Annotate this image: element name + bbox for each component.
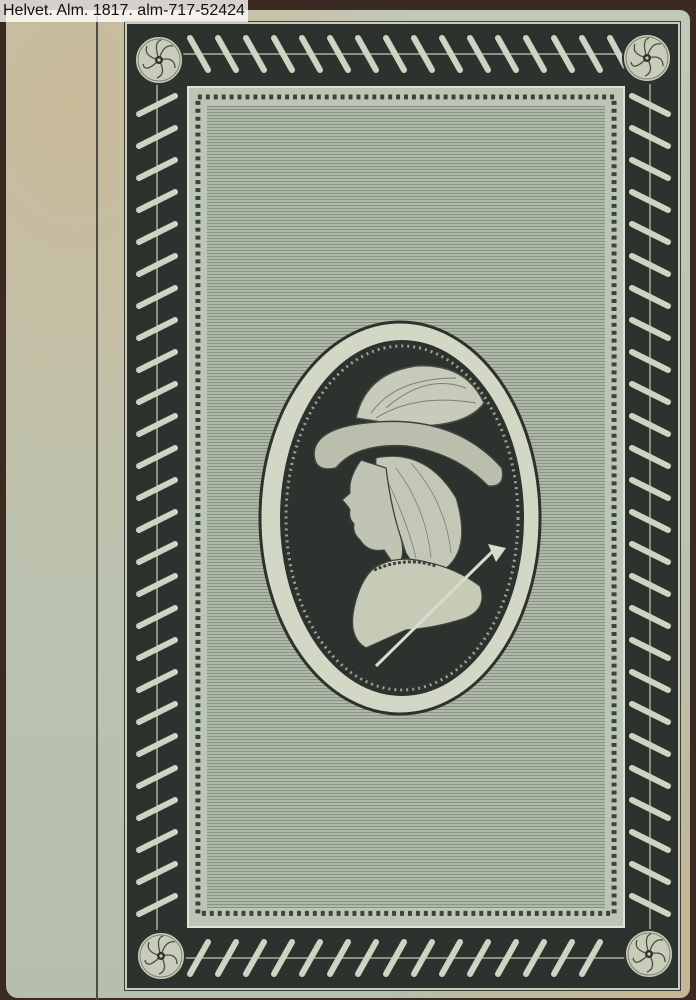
braid-border-bottom xyxy=(180,932,625,984)
rosette-bottom-left-icon xyxy=(135,930,187,982)
rosette-top-right-icon xyxy=(621,32,673,84)
portrait-medallion xyxy=(256,318,544,718)
spine-fold-line xyxy=(96,16,98,1000)
rosette-bottom-right-icon xyxy=(623,928,675,980)
braid-border-top xyxy=(180,28,625,80)
rosette-top-left-icon xyxy=(133,34,185,86)
caption-label: Helvet. Alm. 1817. alm-717-52424 xyxy=(0,0,248,22)
braid-border-right xyxy=(624,84,676,930)
braid-border-left xyxy=(131,84,183,930)
